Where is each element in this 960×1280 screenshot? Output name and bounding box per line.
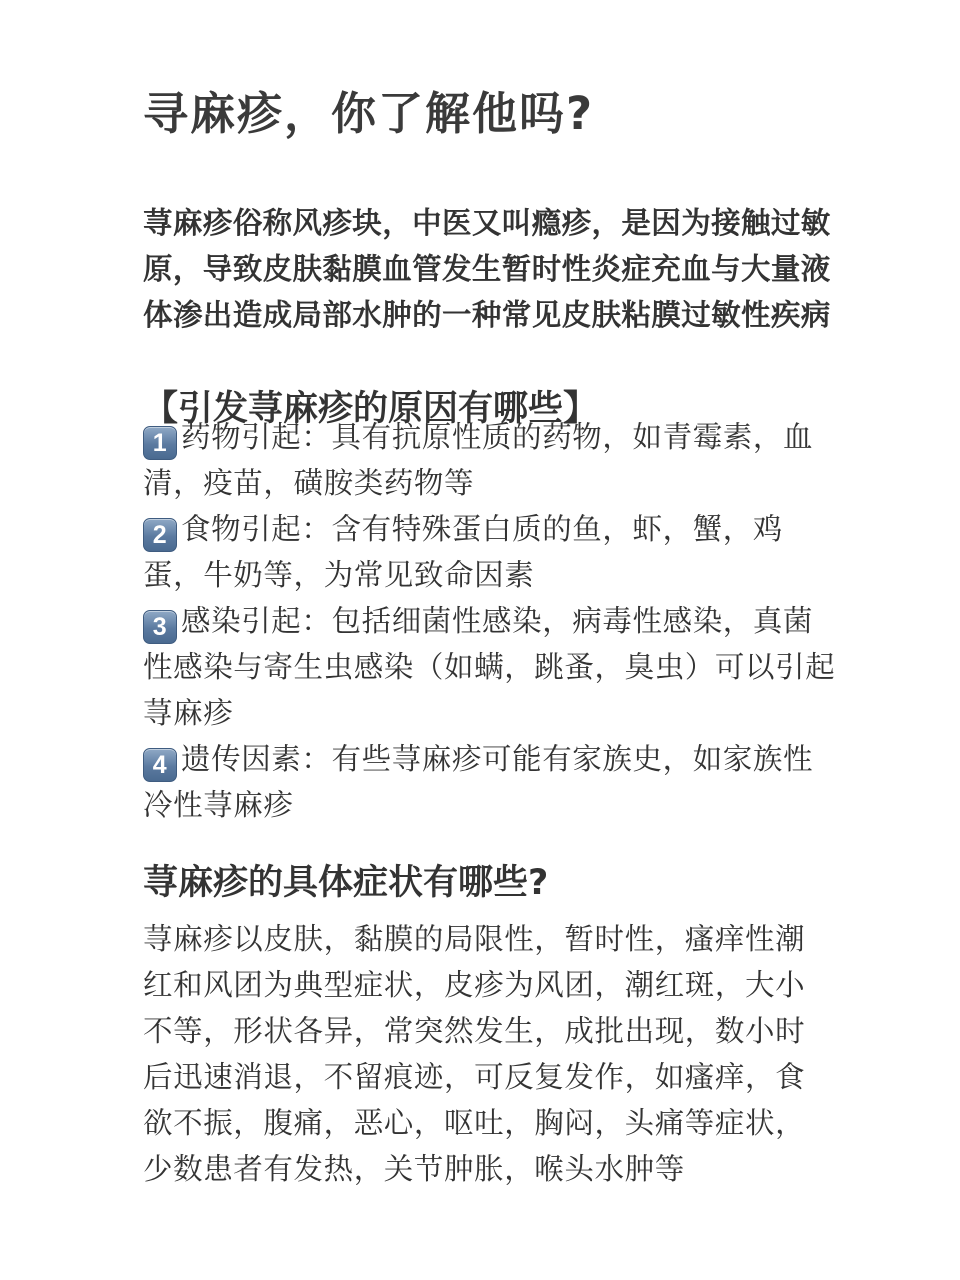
- cause-item-4: 4遗传因素：有些荨麻疹可能有家族史，如家族性冷性荨麻疹: [143, 736, 843, 828]
- keycap-4-icon: 4: [143, 748, 177, 782]
- cause-item-1: 1药物引起：具有抗原性质的药物，如青霉素，血清，疫苗，磺胺类药物等: [143, 414, 843, 506]
- cause-item-2: 2食物引起：含有特殊蛋白质的鱼，虾，蟹，鸡蛋，牛奶等，为常见致命因素: [143, 506, 843, 598]
- cause-text: 遗传因素：有些荨麻疹可能有家族史，如家族性冷性荨麻疹: [143, 742, 813, 822]
- cause-text: 感染引起：包括细菌性感染，病毒性感染，真菌性感染与寄生虫感染（如螨，跳蚤，臭虫）…: [143, 604, 835, 730]
- symptoms-heading: 荨麻疹的具体症状有哪些?: [143, 855, 548, 911]
- cause-text: 药物引起：具有抗原性质的药物，如青霉素，血清，疫苗，磺胺类药物等: [143, 420, 813, 500]
- cause-text: 食物引起：含有特殊蛋白质的鱼，虾，蟹，鸡蛋，牛奶等，为常见致命因素: [143, 512, 783, 592]
- symptoms-paragraph: 荨麻疹以皮肤，黏膜的局限性，暂时性，瘙痒性潮红和风团为典型症状，皮疹为风团，潮红…: [143, 916, 833, 1192]
- keycap-2-icon: 2: [143, 518, 177, 552]
- causes-list: 1药物引起：具有抗原性质的药物，如青霉素，血清，疫苗，磺胺类药物等 2食物引起：…: [143, 414, 843, 828]
- cause-item-3: 3感染引起：包括细菌性感染，病毒性感染，真菌性感染与寄生虫感染（如螨，跳蚤，臭虫…: [143, 598, 843, 736]
- intro-paragraph: 荨麻疹俗称风疹块，中医又叫瘾疹，是因为接触过敏原，导致皮肤黏膜血管发生暂时性炎症…: [143, 200, 833, 338]
- keycap-1-icon: 1: [143, 426, 177, 460]
- page-title: 寻麻疹，你了解他吗?: [143, 82, 594, 146]
- keycap-3-icon: 3: [143, 610, 177, 644]
